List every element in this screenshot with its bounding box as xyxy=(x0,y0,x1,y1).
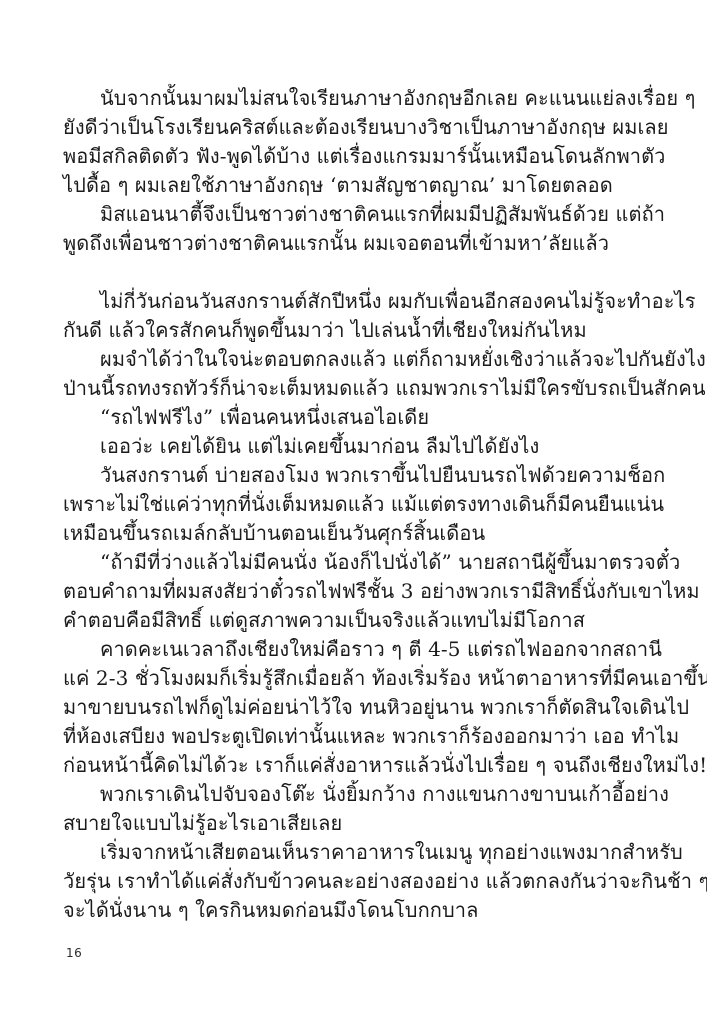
text-line: สบายใจแบบไม่รู้อะไรเอาเสียเลย xyxy=(63,809,653,838)
page-number: 16 xyxy=(66,946,82,960)
paragraph: นับจากนั้นมาผมไม่สนใจเรียนภาษาอังกฤษอีกเ… xyxy=(63,84,653,200)
text-line: กันดี แล้วใครสักคนก็พูดขึ้นมาว่า ไปเล่นน… xyxy=(63,316,653,345)
text-line: แค่ 2-3 ชั่วโมงผมก็เริ่มรู้สึกเมื่อยล้า … xyxy=(63,664,653,693)
text-line: ยังดีว่าเป็นโรงเรียนคริสต์และต้องเรียนบา… xyxy=(63,113,653,142)
book-page: นับจากนั้นมาผมไม่สนใจเรียนภาษาอังกฤษอีกเ… xyxy=(0,0,707,1024)
text-line: วันสงกรานต์ บ่ายสองโมง พวกเราขึ้นไปยืนบน… xyxy=(63,461,653,490)
paragraph: พวกเราเดินไปจับจองโต๊ะ นั่งยิ้มกว้าง กาง… xyxy=(63,780,653,838)
text-line: เหมือนขึ้นรถเมล์กลับบ้านตอนเย็นวันศุกร์ส… xyxy=(63,519,653,548)
text-block: นับจากนั้นมาผมไม่สนใจเรียนภาษาอังกฤษอีกเ… xyxy=(63,84,653,925)
text-line: นับจากนั้นมาผมไม่สนใจเรียนภาษาอังกฤษอีกเ… xyxy=(63,84,653,113)
text-line: มิสแอนนาตี้จึงเป็นชาวต่างชาติคนแรกที่ผมม… xyxy=(63,200,653,229)
paragraph: เออว่ะ เคยได้ยิน แต่ไม่เคยขึ้นมาก่อน ลืม… xyxy=(63,432,653,461)
text-line: ก่อนหน้านี้คิดไม่ได้วะ เราก็แค่สั่งอาหาร… xyxy=(63,751,653,780)
text-line: ผมจำได้ว่าในใจน่ะตอบตกลงแล้ว แต่ก็ถามหยั… xyxy=(63,345,653,374)
text-line: คำตอบคือมีสิทธิ์ แต่ดูสภาพความเป็นจริงแล… xyxy=(63,606,653,635)
paragraph: ไม่กี่วันก่อนวันสงกรานต์สักปีหนึ่ง ผมกับ… xyxy=(63,287,653,345)
text-line: ป่านนี้รถทงรถทัวร์ก็น่าจะเต็มหมดแล้ว แถม… xyxy=(63,374,653,403)
text-line: พอมีสกิลติดตัว ฟัง-พูดได้บ้าง แต่เรื่องแ… xyxy=(63,142,653,171)
text-line: พูดถึงเพื่อนชาวต่างชาติคนแรกนั้น ผมเจอตอ… xyxy=(63,229,653,258)
text-line: มาขายบนรถไฟก็ดูไม่ค่อยน่าไว้ใจ ทนหิวอยู่… xyxy=(63,693,653,722)
paragraph: “ถ้ามีที่ว่างแล้วไม่มีคนนั่ง น้องก็ไปนั่… xyxy=(63,548,653,635)
text-line: เพราะไม่ใช่แค่ว่าทุกที่นั่งเต็มหมดแล้ว แ… xyxy=(63,490,653,519)
paragraph: “รถไฟฟรีไง” เพื่อนคนหนึ่งเสนอไอเดีย xyxy=(63,403,653,432)
text-line: พวกเราเดินไปจับจองโต๊ะ นั่งยิ้มกว้าง กาง… xyxy=(63,780,653,809)
text-line: วัยรุ่น เราทำได้แค่สั่งกับข้าวคนละอย่างส… xyxy=(63,867,653,896)
paragraph: เริ่มจากหน้าเสียตอนเห็นราคาอาหารในเมนู ท… xyxy=(63,838,653,925)
paragraph: ผมจำได้ว่าในใจน่ะตอบตกลงแล้ว แต่ก็ถามหยั… xyxy=(63,345,653,403)
text-line: ที่ห้องเสบียง พอประตูเปิดเท่านั้นแหละ พว… xyxy=(63,722,653,751)
text-line: คาดคะเนเวลาถึงเชียงใหม่คือราว ๆ ตี 4-5 แ… xyxy=(63,635,653,664)
text-line: ไม่กี่วันก่อนวันสงกรานต์สักปีหนึ่ง ผมกับ… xyxy=(63,287,653,316)
paragraph: วันสงกรานต์ บ่ายสองโมง พวกเราขึ้นไปยืนบน… xyxy=(63,461,653,548)
text-line: ไปดื้อ ๆ ผมเลยใช้ภาษาอังกฤษ ‘ตามสัญชาตญา… xyxy=(63,171,653,200)
paragraph: มิสแอนนาตี้จึงเป็นชาวต่างชาติคนแรกที่ผมม… xyxy=(63,200,653,258)
text-line: เริ่มจากหน้าเสียตอนเห็นราคาอาหารในเมนู ท… xyxy=(63,838,653,867)
text-line: “ถ้ามีที่ว่างแล้วไม่มีคนนั่ง น้องก็ไปนั่… xyxy=(63,548,653,577)
text-line: เออว่ะ เคยได้ยิน แต่ไม่เคยขึ้นมาก่อน ลืม… xyxy=(63,432,653,461)
text-line: ตอบคำถามที่ผมสงสัยว่าตั๋วรถไฟฟรีชั้น 3 อ… xyxy=(63,577,653,606)
text-line: จะได้นั่งนาน ๆ ใครกินหมดก่อนมึงโดนโบกกบา… xyxy=(63,896,653,925)
text-line: “รถไฟฟรีไง” เพื่อนคนหนึ่งเสนอไอเดีย xyxy=(63,403,653,432)
paragraph: คาดคะเนเวลาถึงเชียงใหม่คือราว ๆ ตี 4-5 แ… xyxy=(63,635,653,780)
